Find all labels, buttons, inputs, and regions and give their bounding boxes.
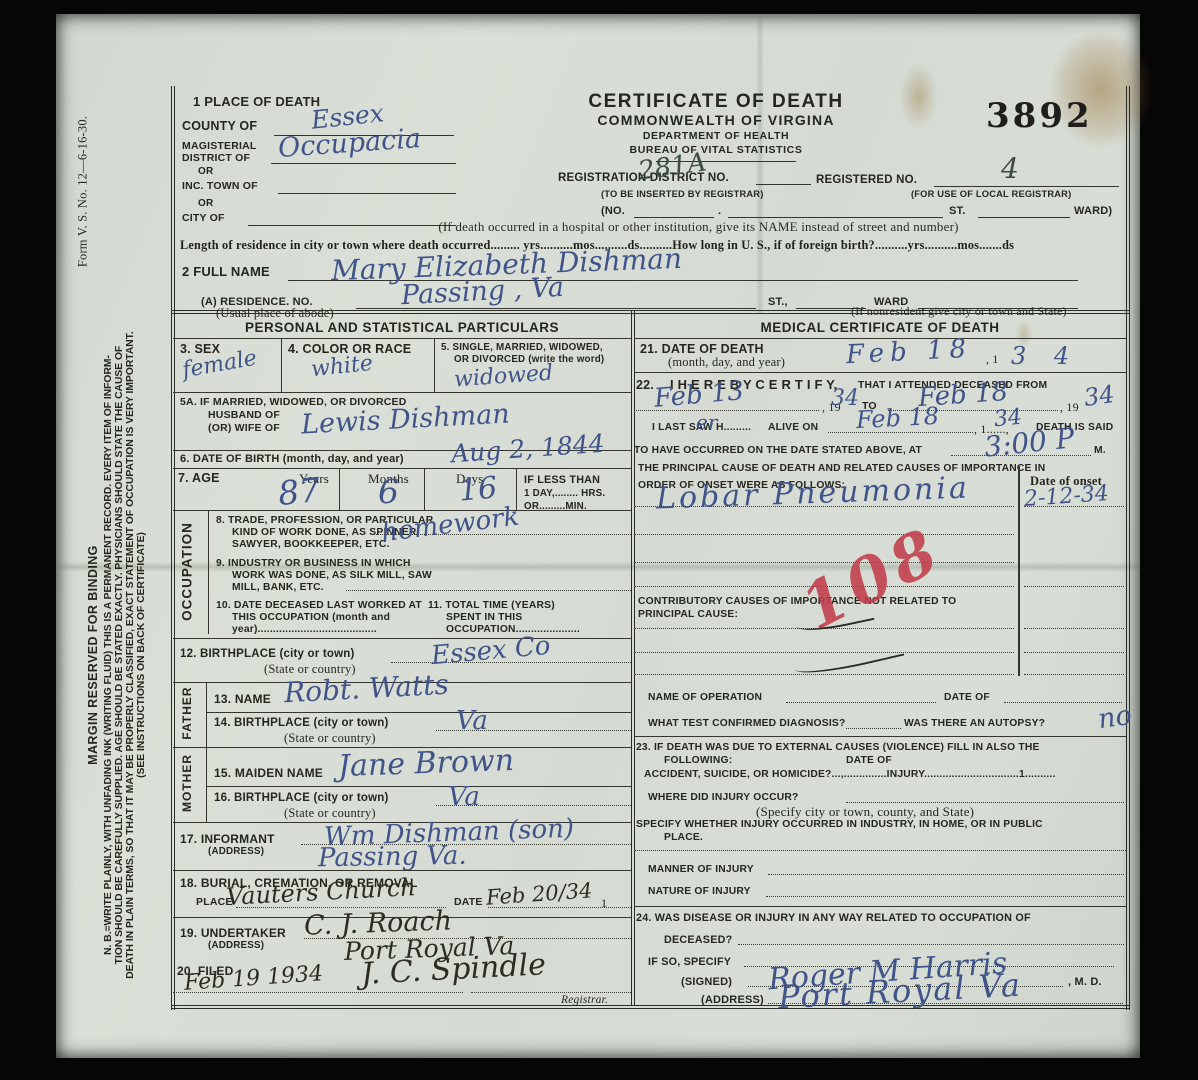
- contributory-dotted-line: [634, 674, 1014, 675]
- occupation-related-label-2: DECEASED?: [664, 934, 732, 946]
- margin-nb-line4: (SEE INSTRUCTIONS ON BACK OF CERTIFICATE…: [136, 294, 147, 1016]
- place-of-death-title: 1 PLACE OF DEATH: [193, 94, 320, 109]
- contributory-dotted-line: [634, 652, 1014, 653]
- specify-injury-label-1: SPECIFY WHETHER INJURY OCCURRED IN INDUS…: [636, 819, 1043, 830]
- st-line: [978, 217, 1070, 218]
- date-of-death-year-printed: , 1: [986, 352, 999, 367]
- district-line: [271, 163, 456, 164]
- occurred-m-label: M.: [1094, 445, 1106, 456]
- industry-label-3: MILL, BANK, ETC.: [232, 582, 324, 593]
- attended-to-year: 34: [1082, 380, 1116, 412]
- principal-cause-value: Lobar Pneumonia: [655, 471, 970, 517]
- last-saw-value: Feb 18: [855, 402, 939, 434]
- paper-stain: [1031, 9, 1171, 169]
- date-of-death-sub: (month, day, and year): [668, 355, 785, 370]
- external-causes-label-2: FOLLOWING:: [664, 755, 732, 766]
- where-injury-sub: (Specify city or town, county, and State…: [756, 804, 974, 820]
- mother-side-label: MOTHER: [180, 743, 194, 823]
- personal-particulars-header: PERSONAL AND STATISTICAL PARTICULARS: [173, 320, 631, 335]
- certify-no: 22.: [636, 378, 654, 392]
- where-injury-dots: [846, 802, 1124, 803]
- father-side-label: FATHER: [180, 673, 194, 753]
- total-time-label-1: 11. TOTAL TIME (YEARS): [428, 600, 555, 611]
- last-worked-label-1: 10. DATE DECEASED LAST WORKED AT: [216, 600, 422, 611]
- or-label-1: OR: [198, 166, 213, 177]
- age-col-divider: [339, 468, 340, 510]
- fold-crease: [756, 14, 764, 314]
- ward-label: WARD): [1074, 205, 1112, 217]
- accident-line: ACCIDENT, SUICIDE, OR HOMICIDE?...,.....…: [644, 769, 1056, 780]
- dob-label: 6. DATE OF BIRTH (month, day, and year): [180, 453, 404, 465]
- marital-value: widowed: [453, 361, 554, 393]
- certificate-title: CERTIFICATE OF DEATH: [576, 91, 856, 113]
- abode-note: (Usual place of abode): [216, 306, 334, 321]
- undertaker-address-label: (ADDRESS): [208, 940, 264, 951]
- date-of-death-year: 3 4: [1011, 342, 1079, 370]
- industry-label-2: WORK WAS DONE, AS SILK MILL, SAW: [232, 570, 432, 581]
- sex-race-divider: [281, 338, 282, 392]
- onset-dotted-line: [1024, 628, 1124, 629]
- specify-injury-label-2: PLACE.: [664, 832, 703, 843]
- last-worked-label-2: THIS OCCUPATION (month and: [232, 612, 390, 623]
- inc-town-line: [278, 193, 456, 194]
- form-number: Form V. S. No. 12—6-16-30.: [76, 92, 91, 292]
- no-line: [634, 217, 714, 218]
- operation-label: NAME OF OPERATION: [648, 692, 762, 703]
- if-less-label-1: IF LESS THAN: [524, 474, 600, 486]
- operation-date-label: DATE OF: [944, 692, 990, 703]
- burial-date-label: DATE: [454, 896, 483, 908]
- manner-of-injury-dots: [768, 874, 1124, 875]
- nature-of-injury-dots: [766, 896, 1124, 897]
- burial-stray-one: 1: [601, 896, 607, 911]
- maiden-name-value: Jane Brown: [337, 743, 514, 784]
- race-marital-divider: [434, 338, 435, 392]
- form-bottom-border: [171, 1005, 1129, 1009]
- st-label: ST.: [949, 205, 966, 217]
- row-rule: [173, 870, 631, 871]
- marital-label-1: 5. SINGLE, MARRIED, WIDOWED,: [441, 342, 603, 353]
- cause-dotted-line: [634, 534, 1014, 535]
- md-label: , M. D.: [1068, 976, 1102, 988]
- operation-dots: [786, 702, 936, 703]
- trade-label-3: SAWYER, BOOKKEEPER, ETC.: [232, 539, 390, 550]
- occurred-label: TO HAVE OCCURRED ON THE DATE STATED ABOV…: [634, 445, 922, 456]
- registered-no-value: 4: [1001, 152, 1019, 185]
- bureau-line: BUREAU OF VITAL STATISTICS: [576, 144, 856, 156]
- father-divider: [206, 682, 207, 747]
- dob-value: Aug 2, 1844: [450, 429, 605, 469]
- department-line: DEPARTMENT OF HEALTH: [576, 130, 856, 142]
- informant-address-label: (ADDRESS): [208, 846, 264, 857]
- row-rule: [634, 372, 1126, 373]
- autopsy-value: no: [1096, 700, 1134, 735]
- age-label: 7. AGE: [178, 471, 220, 485]
- institution-line: [728, 217, 943, 218]
- birthplace-value: Essex Co: [430, 631, 552, 671]
- to-be-inserted-note: (TO BE INSERTED BY REGISTRAR): [601, 189, 764, 199]
- occupation-related-label-1: 24. WAS DISEASE OR INJURY IN ANY WAY REL…: [636, 912, 1031, 924]
- informant-address-value: Passing Va.: [318, 841, 467, 874]
- left-header-underline: [173, 338, 631, 339]
- date-of-death-value: Feb 18: [845, 334, 972, 371]
- margin-nb-line2: TION SHOULD BE CAREFULLY SUPPLIED. AGE S…: [114, 294, 125, 1016]
- inc-town-label: INC. TOWN OF: [182, 180, 258, 192]
- nonresident-note: (If nonresident give city or town and St…: [851, 304, 1067, 319]
- cause-dotted-line: [634, 506, 1014, 507]
- attended-from-value: Feb 13: [653, 376, 745, 414]
- registered-no-label: REGISTERED NO.: [816, 174, 917, 186]
- nature-of-injury-label: NATURE OF INJURY: [648, 886, 751, 897]
- autopsy-label: WAS THERE AN AUTOPSY?: [904, 718, 1045, 729]
- row-rule: [173, 392, 631, 393]
- father-name-label: 13. NAME: [214, 692, 271, 706]
- date-of-injury-upper: DATE OF: [846, 755, 892, 766]
- margin-nb-line3: DEATH IN PLAIN TERMS, SO THAT IT MAY BE …: [125, 294, 136, 1016]
- certificate-serial-number: 3892: [986, 96, 1093, 136]
- mother-birthplace-value: Va: [448, 782, 480, 812]
- full-name-label: 2 FULL NAME: [182, 264, 270, 279]
- maiden-name-label: 15. MAIDEN NAME: [214, 766, 323, 780]
- magisterial-label-2: DISTRICT OF: [182, 152, 250, 164]
- registered-no-line: [934, 186, 1119, 187]
- burial-date-value: Feb 20/34: [485, 878, 593, 909]
- deceased-dots: [738, 944, 1124, 945]
- st2-label: ST.,: [768, 296, 788, 308]
- row-rule: [634, 906, 1126, 907]
- trade-value: homework: [380, 502, 521, 549]
- binding-margin-note: MARGIN RESERVED FOR BINDING N. B.=WRITE …: [86, 294, 168, 1016]
- undertaker-label: 19. UNDERTAKER: [180, 926, 286, 940]
- mother-rule: [206, 786, 631, 787]
- last-saw-label-2: ALIVE ON: [768, 422, 818, 433]
- contributory-label-2: PRINCIPAL CAUSE:: [638, 609, 738, 620]
- test-label: WHAT TEST CONFIRMED DIAGNOSIS?: [648, 718, 845, 729]
- mother-birthplace-sub: (State or country): [284, 806, 376, 821]
- onset-value: 2-12-34: [1023, 481, 1109, 512]
- column-divider: [631, 310, 635, 1005]
- total-time-label-2: SPENT IN THIS: [446, 612, 522, 623]
- date-of-death-label: 21. DATE OF DEATH: [640, 342, 764, 356]
- occupation-side-label: OCCUPATION: [180, 512, 195, 632]
- onset-box-line: [1018, 466, 1020, 676]
- if-so-specify-label: IF SO, SPECIFY: [648, 956, 731, 968]
- principal-cause-label-1: THE PRINCIPAL CAUSE OF DEATH AND RELATED…: [638, 463, 1045, 474]
- death-certificate: Form V. S. No. 12—6-16-30. MARGIN RESERV…: [56, 14, 1140, 1058]
- for-use-note: (FOR USE OF LOCAL REGISTRAR): [911, 189, 1071, 199]
- photo-of-document: { "margin": { "form_no": "Form V. S. No.…: [0, 0, 1198, 1080]
- birthplace-label: 12. BIRTHPLACE (city or town): [180, 648, 354, 660]
- s5a-label-2: HUSBAND OF: [208, 409, 280, 421]
- hospital-note: (If death occurred in a hospital or othe…: [311, 219, 1086, 235]
- row-rule: [173, 510, 631, 511]
- margin-reserved-label: MARGIN RESERVED FOR BINDING: [86, 294, 100, 1016]
- row-rule: [634, 736, 1126, 737]
- signed-label: (SIGNED): [681, 976, 732, 988]
- industry-label-1: 9. INDUSTRY OR BUSINESS IN WHICH: [216, 558, 411, 569]
- occupation-divider: [208, 510, 209, 634]
- where-injury-label: WHERE DID INJURY OCCUR?: [648, 792, 798, 803]
- specify-injury-dots: [634, 850, 1126, 851]
- no-paren-label: (NO.: [601, 205, 625, 217]
- onset-dotted-line: [1024, 674, 1124, 675]
- onset-dotted-line: [1024, 652, 1124, 653]
- last-worked-label-3: year)...................................…: [232, 624, 377, 635]
- registrar-signature-dots: [471, 992, 631, 993]
- last-saw-pronoun: er: [696, 410, 717, 434]
- attended-to-printed: , 19: [1060, 400, 1079, 415]
- onset-dotted-line: [1024, 586, 1124, 587]
- industry-dotted-line: [346, 590, 631, 591]
- last-saw-dots: [828, 432, 973, 433]
- father-birthplace-sub: (State or country): [284, 731, 376, 746]
- informant-label: 17. INFORMANT: [180, 832, 275, 846]
- age-col-divider: [424, 468, 425, 510]
- s5a-label-3: (OR) WIFE OF: [208, 422, 280, 434]
- registration-district-line: [756, 184, 811, 185]
- age-months-value: 6: [378, 472, 399, 511]
- test-dots: [846, 728, 901, 729]
- county-label: COUNTY OF: [182, 119, 257, 133]
- onset-dotted-line: [1024, 506, 1124, 507]
- father-birthplace-label: 14. BIRTHPLACE (city or town): [214, 717, 388, 729]
- mother-divider: [206, 747, 207, 822]
- or-label-2: OR: [198, 198, 213, 209]
- registrar-label: Registrar.: [561, 994, 608, 1006]
- form-right-border: [1126, 86, 1130, 1010]
- magisterial-label-1: MAGISTERIAL: [182, 140, 257, 152]
- mother-birthplace-label: 16. BIRTHPLACE (city or town): [214, 792, 388, 804]
- commonwealth-subtitle: COMMONWEALTH OF VIRGINA: [576, 112, 856, 128]
- manner-of-injury-label: MANNER OF INJURY: [648, 864, 754, 875]
- city-label: CITY OF: [182, 212, 225, 224]
- dot-sep: .: [718, 205, 721, 217]
- row-rule: [173, 468, 631, 469]
- address-label: (ADDRESS): [701, 994, 764, 1006]
- race-value: white: [310, 351, 374, 382]
- district-value: Occupacia: [277, 123, 422, 164]
- age-years-value: 87: [276, 470, 322, 513]
- father-birthplace-value: Va: [456, 706, 488, 736]
- age-days-value: 16: [458, 470, 499, 508]
- margin-nb-line1: N. B.=WRITE PLAINLY, WITH UNFADING INK (…: [103, 294, 114, 1016]
- if-less-label-2: 1 DAY,........ HRS.: [524, 488, 605, 499]
- row-rule: [173, 638, 631, 639]
- external-causes-label-1: 23. IF DEATH WAS DUE TO EXTERNAL CAUSES …: [636, 742, 1040, 753]
- form-left-border: [171, 86, 175, 1010]
- father-rule: [206, 712, 631, 713]
- medical-certificate-header: MEDICAL CERTIFICATE OF DEATH: [634, 320, 1126, 335]
- paper-stain: [891, 49, 946, 144]
